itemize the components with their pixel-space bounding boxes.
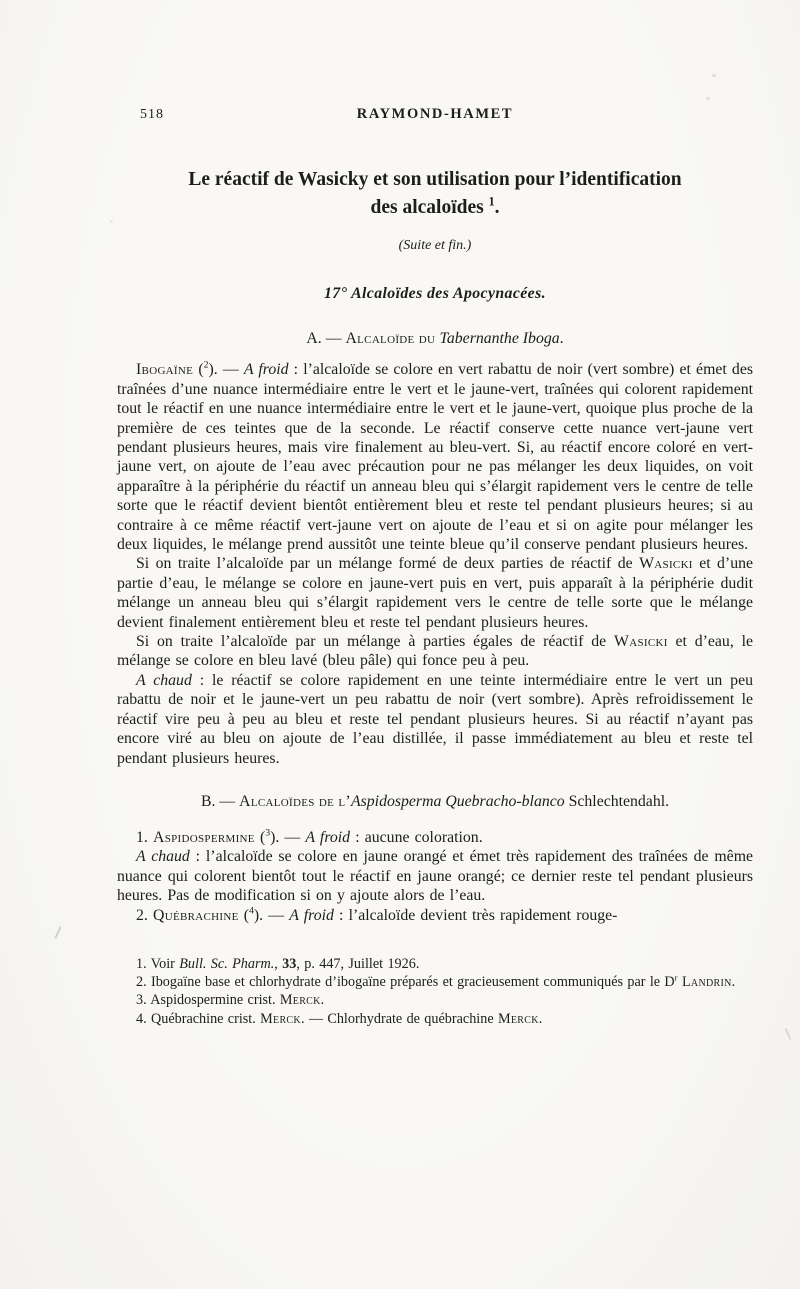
paragraph-ibogaine-a-froid: Ibogaïne (2). — A froid : l’alcaloïde se… <box>117 360 753 554</box>
page-number: 518 <box>140 107 164 123</box>
running-head: RAYMOND-HAMET <box>117 106 753 123</box>
section-heading-17: 17° Alcaloïdes des Apocynacées. <box>117 285 753 303</box>
page-header: 518 RAYMOND-HAMET <box>117 106 753 125</box>
section-b-body: 1. Aspidospermine (3). — A froid : aucun… <box>117 828 753 925</box>
article-title-line-2: des alcaloïdes 1. <box>117 194 753 222</box>
paragraph-wasicki-two-parts: Si on traite l’alcaloïde par un mélange … <box>117 554 753 632</box>
section-a-body: Ibogaïne (2). — A froid : l’alcaloïde se… <box>117 360 753 768</box>
paragraph-wasicki-equal-parts: Si on traite l’alcaloïde par un mélange … <box>117 632 753 671</box>
article-title-line-1: Le réactif de Wasicky et son utilisation… <box>117 166 753 194</box>
item-quebrachine: 2. Québrachine (4). — A froid : l’alcalo… <box>117 906 753 925</box>
footnote-4: 4. Québrachine crist. Merck. — Chlorhydr… <box>117 1010 753 1028</box>
item-aspidospermine: 1. Aspidospermine (3). — A froid : aucun… <box>117 828 753 847</box>
paragraph-aspidospermine-a-chaud: A chaud : l’alcaloïde se colore en jaune… <box>117 847 753 905</box>
scan-speck <box>712 74 716 77</box>
article-subtitle: (Suite et fin.) <box>117 238 753 254</box>
footnote-1: 1. Voir Bull. Sc. Pharm., 33, p. 447, Ju… <box>117 955 753 973</box>
section-heading-a: A. — Alcaloïde du Tabernanthe Iboga. <box>117 330 753 348</box>
scan-speck <box>706 97 710 100</box>
section-heading-b: B. — Alcaloïdes de l’Aspidosperma Quebra… <box>117 793 753 811</box>
footnote-2: 2. Ibogaïne base et chlorhydrate d’iboga… <box>117 973 753 991</box>
scan-speck <box>110 220 113 223</box>
page-content: 518 RAYMOND-HAMET Le réactif de Wasicky … <box>117 106 753 1028</box>
article-title: Le réactif de Wasicky et son utilisation… <box>117 166 753 221</box>
paragraph-ibogaine-a-chaud: A chaud : le réactif se colore rapidemen… <box>117 671 753 768</box>
scan-artifact-slash <box>54 926 61 939</box>
scanned-journal-page: 518 RAYMOND-HAMET Le réactif de Wasicky … <box>0 0 800 1289</box>
scan-artifact-slash <box>785 1028 792 1040</box>
footnote-3: 3. Aspidospermine crist. Merck. <box>117 991 753 1009</box>
footnotes-block: 1. Voir Bull. Sc. Pharm., 33, p. 447, Ju… <box>117 955 753 1028</box>
